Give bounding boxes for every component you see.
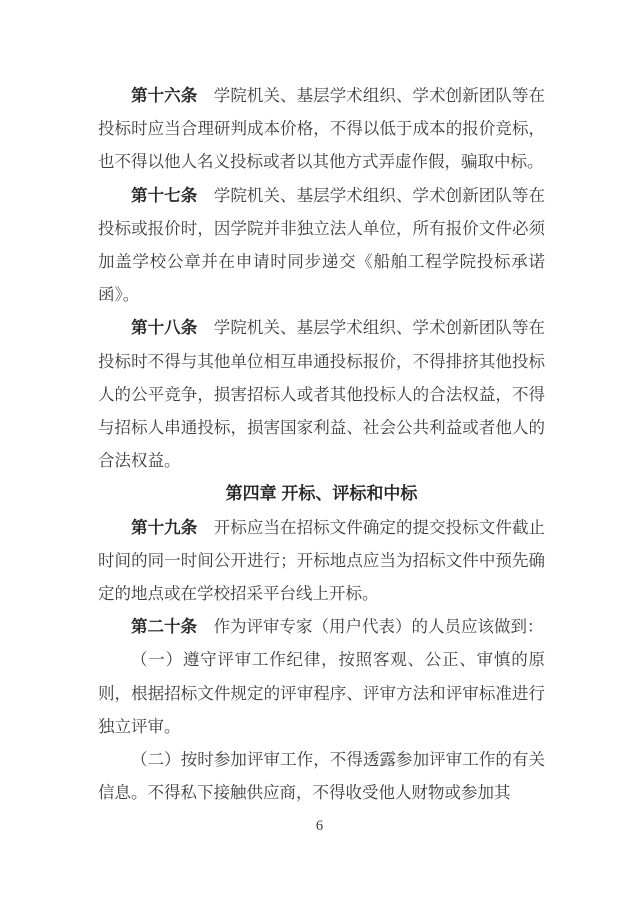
article-20-number: 第二十条 xyxy=(131,617,197,636)
document-page: 第十六条学院机关、基层学术组织、学术创新团队等在投标时应当合理研判成本价格，不得… xyxy=(0,0,639,904)
list-item-1-paragraph: （一）遵守评审工作纪律，按照客观、公正、审慎的原则，根据招标文件规定的评审程序、… xyxy=(98,643,545,743)
article-20-text: 作为评审专家（用户代表）的人员应该做到： xyxy=(214,617,544,636)
article-17-paragraph: 第十七条学院机关、基层学术组织、学术创新团队等在投标或报价时，因学院并非独立法人… xyxy=(98,179,545,312)
article-16-paragraph: 第十六条学院机关、基层学术组织、学术创新团队等在投标时应当合理研判成本价格，不得… xyxy=(98,79,545,179)
article-18-text: 学院机关、基层学术组织、学术创新团队等在投标时不得与其他单位相互串通投标报价，不… xyxy=(98,318,545,470)
list-item-2-text: （二）按时参加评审工作，不得透露参加评审工作的有关信息。不得私下接触供应商，不得… xyxy=(98,750,545,802)
article-18-number: 第十八条 xyxy=(131,318,197,337)
article-16-number: 第十六条 xyxy=(131,86,197,105)
chapter-4-heading: 第四章 开标、评标和中标 xyxy=(98,477,545,510)
list-item-2-paragraph: （二）按时参加评审工作，不得透露参加评审工作的有关信息。不得私下接触供应商，不得… xyxy=(98,743,545,809)
article-19-number: 第十九条 xyxy=(131,518,197,537)
article-17-number: 第十七条 xyxy=(131,186,197,205)
page-number: 6 xyxy=(0,817,639,835)
document-content: 第十六条学院机关、基层学术组织、学术创新团队等在投标时应当合理研判成本价格，不得… xyxy=(98,79,545,809)
article-19-paragraph: 第十九条开标应当在招标文件确定的提交投标文件截止时间的同一时间公开进行；开标地点… xyxy=(98,511,545,611)
article-18-paragraph: 第十八条学院机关、基层学术组织、学术创新团队等在投标时不得与其他单位相互串通投标… xyxy=(98,311,545,477)
article-20-paragraph: 第二十条作为评审专家（用户代表）的人员应该做到： xyxy=(98,610,545,643)
list-item-1-text: （一）遵守评审工作纪律，按照客观、公正、审慎的原则，根据招标文件规定的评审程序、… xyxy=(98,650,545,735)
